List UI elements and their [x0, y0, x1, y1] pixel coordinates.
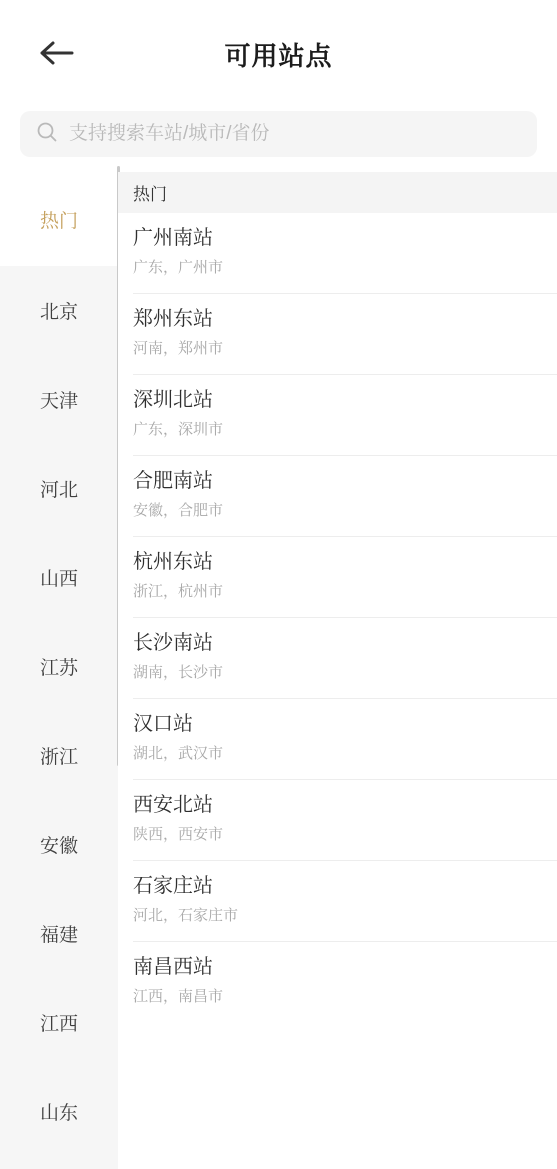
station-row[interactable]: 广州南站 广东，广州市	[133, 213, 557, 294]
station-name: 广州南站	[133, 226, 542, 251]
station-location: 广东，广州市	[133, 260, 542, 276]
sidebar-item-hot[interactable]: 热门	[0, 172, 118, 266]
station-location: 河南，郑州市	[133, 341, 542, 357]
search-bar[interactable]	[20, 111, 537, 157]
station-name: 西安北站	[133, 793, 542, 818]
sidebar-item-shanxi[interactable]: 山西	[0, 533, 118, 622]
station-location: 广东，深圳市	[133, 422, 542, 438]
station-row[interactable]: 深圳北站 广东，深圳市	[133, 375, 557, 456]
station-row[interactable]: 南昌西站 江西，南昌市	[133, 942, 557, 1023]
station-row[interactable]: 郑州东站 河南，郑州市	[133, 294, 557, 375]
station-location: 湖北，武汉市	[133, 746, 542, 762]
sidebar-item-zhejiang[interactable]: 浙江	[0, 711, 118, 800]
province-sidebar: 热门 北京 天津 河北 山西 江苏 浙江 安徽 福建 江西 山东	[0, 172, 118, 1169]
station-location: 陕西，西安市	[133, 827, 542, 843]
station-name: 深圳北站	[133, 388, 542, 413]
sidebar-item-hebei[interactable]: 河北	[0, 444, 118, 533]
search-input[interactable]	[69, 123, 521, 145]
sidebar-item-jiangsu[interactable]: 江苏	[0, 622, 118, 711]
station-row[interactable]: 西安北站 陕西，西安市	[133, 780, 557, 861]
station-name: 汉口站	[133, 712, 542, 737]
search-icon	[36, 121, 58, 148]
sidebar-item-anhui[interactable]: 安徽	[0, 800, 118, 889]
station-location: 浙江，杭州市	[133, 584, 542, 600]
page-title: 可用站点	[0, 36, 557, 73]
station-row[interactable]: 石家庄站 河北，石家庄市	[133, 861, 557, 942]
station-row[interactable]: 合肥南站 安徽，合肥市	[133, 456, 557, 537]
station-name: 郑州东站	[133, 307, 542, 332]
station-row[interactable]: 汉口站 湖北，武汉市	[133, 699, 557, 780]
station-name: 石家庄站	[133, 874, 542, 899]
station-location: 安徽，合肥市	[133, 503, 542, 519]
station-list: 热门 广州南站 广东，广州市 郑州东站 河南，郑州市 深圳北站 广东，深圳市 合…	[118, 172, 557, 1169]
station-row[interactable]: 杭州东站 浙江，杭州市	[133, 537, 557, 618]
station-name: 杭州东站	[133, 550, 542, 575]
sidebar-item-beijing[interactable]: 北京	[0, 266, 118, 355]
sidebar-item-tianjin[interactable]: 天津	[0, 355, 118, 444]
sidebar-item-shandong[interactable]: 山东	[0, 1067, 118, 1156]
station-location: 湖南，长沙市	[133, 665, 542, 681]
station-name: 南昌西站	[133, 955, 542, 980]
station-name: 合肥南站	[133, 469, 542, 494]
station-row[interactable]: 长沙南站 湖南，长沙市	[133, 618, 557, 699]
sidebar-item-fujian[interactable]: 福建	[0, 889, 118, 978]
section-header: 热门	[118, 172, 557, 213]
content-area: 热门 北京 天津 河北 山西 江苏 浙江 安徽 福建 江西 山东 热门 广州南站…	[0, 172, 557, 1169]
station-location: 江西，南昌市	[133, 989, 542, 1005]
header: 可用站点	[0, 0, 557, 96]
sidebar-item-jiangxi[interactable]: 江西	[0, 978, 118, 1067]
station-name: 长沙南站	[133, 631, 542, 656]
station-location: 河北，石家庄市	[133, 908, 542, 924]
